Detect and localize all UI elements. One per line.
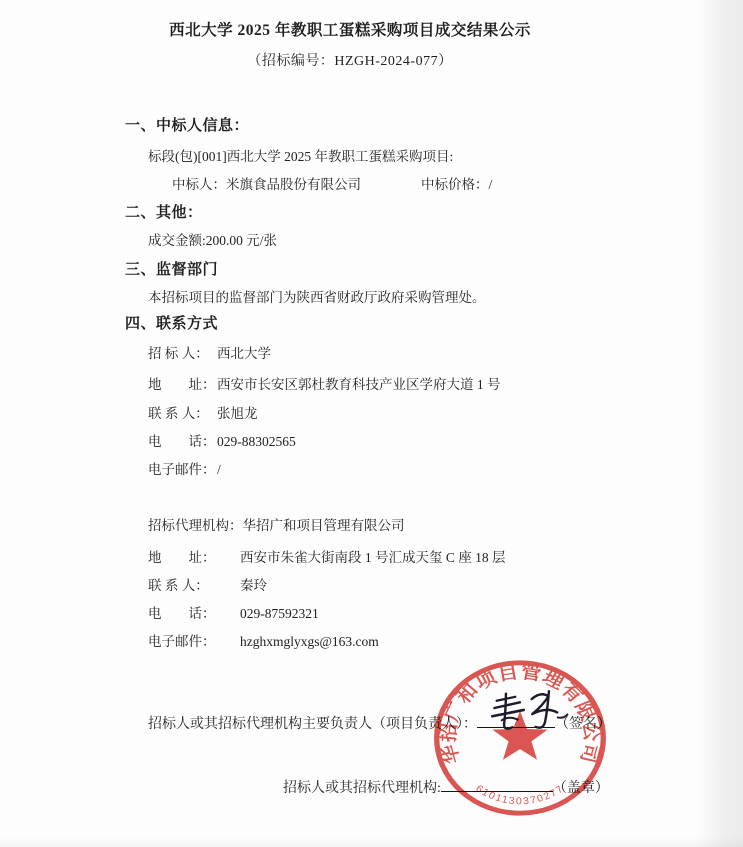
- tenderer-address-value: 西安市长安区郭杜教育科技产业区学府大道 1 号: [217, 377, 501, 392]
- lot-line: 标段(包)[001]西北大学 2025 年教职工蛋糕采购项目:: [148, 145, 453, 165]
- agency-name-label: 招标代理机构：: [148, 514, 243, 534]
- tenderer-phone-value: 029-88302565: [217, 434, 296, 449]
- section-heading-winner-info: 一、中标人信息：: [125, 114, 249, 135]
- supervision-body: 本招标项目的监督部门为陕西省财政厅政府采购管理处。: [148, 286, 486, 306]
- tenderer-phone-row: 电 话：029-88302565: [148, 430, 296, 450]
- tenderer-phone-label: 电 话：: [148, 430, 217, 450]
- winner-value: 米旗食品股份有限公司: [226, 177, 361, 192]
- signature-underline: [477, 712, 555, 728]
- price-label: 中标价格：: [421, 177, 489, 192]
- winner-line: 中标人：米旗食品股份有限公司中标价格：/: [172, 173, 492, 193]
- agency-name-value: 华招广和项目管理有限公司: [243, 518, 405, 533]
- document-page: 西北大学 2025 年教职工蛋糕采购项目成交结果公示 （招标编号：HZGH-20…: [0, 0, 743, 847]
- document-title: 西北大学 2025 年教职工蛋糕采购项目成交结果公示: [0, 18, 700, 40]
- tenderer-email-row: 电子邮件：/: [148, 458, 221, 478]
- tenderer-contact-row: 联 系 人：张旭龙: [148, 402, 258, 422]
- tenderer-name-label: 招 标 人：: [148, 342, 217, 362]
- section-heading-other: 二、其他：: [125, 201, 203, 222]
- deal-amount-line: 成交金额:200.00 元/张: [148, 229, 277, 249]
- agency-contact-value: 秦玲: [240, 578, 267, 593]
- tenderer-address-label: 地 址：: [148, 373, 217, 393]
- tender-number: （招标编号：HZGH-2024-077）: [0, 50, 700, 70]
- signature-suffix: （签名）: [555, 717, 611, 732]
- tenderer-contact-label: 联 系 人：: [148, 402, 217, 422]
- winner-label: 中标人：: [172, 177, 226, 192]
- signature-line: 招标人或其招标代理机构主要负责人（项目负责人）：（签名）: [148, 712, 611, 733]
- price-value: /: [489, 177, 493, 192]
- agency-contact-label: 联 系 人：: [148, 574, 240, 594]
- agency-address-row: 地 址：西安市朱雀大街南段 1 号汇成天玺 C 座 18 层: [148, 546, 506, 566]
- tenderer-name-row: 招 标 人：西北大学: [148, 342, 271, 362]
- tenderer-name-value: 西北大学: [217, 346, 271, 361]
- agency-email-row: 电子邮件：hzghxmglyxgs@163.com: [148, 630, 379, 650]
- agency-contact-row: 联 系 人：秦玲: [148, 574, 267, 594]
- scan-edge-shadow-bottom: [0, 837, 743, 847]
- stamp-label: 招标人或其招标代理机构:: [283, 781, 441, 796]
- tenderer-contact-value: 张旭龙: [217, 406, 258, 421]
- scan-edge-shadow: [697, 0, 743, 847]
- agency-phone-value: 029-87592321: [240, 606, 319, 621]
- stamp-suffix: （盖章）: [553, 781, 609, 796]
- section-heading-contact: 四、联系方式: [125, 312, 218, 333]
- tenderer-email-value: /: [217, 462, 221, 477]
- agency-email-value: hzghxmglyxgs@163.com: [240, 634, 379, 649]
- agency-name-row: 招标代理机构：华招广和项目管理有限公司: [148, 514, 405, 534]
- agency-phone-row: 电 话：029-87592321: [148, 602, 319, 622]
- tenderer-email-label: 电子邮件：: [148, 458, 217, 478]
- agency-address-label: 地 址：: [148, 546, 240, 566]
- agency-address-value: 西安市朱雀大街南段 1 号汇成天玺 C 座 18 层: [240, 550, 506, 565]
- company-seal: 华招广和项目管理有限公司 6101130370277: [428, 653, 612, 823]
- stamp-underline: [441, 776, 553, 792]
- agency-phone-label: 电 话：: [148, 602, 240, 622]
- stamp-line: 招标人或其招标代理机构:（盖章）: [283, 776, 609, 797]
- signature-label: 招标人或其招标代理机构主要负责人（项目负责人）：: [148, 717, 477, 732]
- tenderer-address-row: 地 址：西安市长安区郭杜教育科技产业区学府大道 1 号: [148, 373, 501, 393]
- section-heading-supervision: 三、监督部门: [125, 258, 218, 279]
- agency-email-label: 电子邮件：: [148, 630, 240, 650]
